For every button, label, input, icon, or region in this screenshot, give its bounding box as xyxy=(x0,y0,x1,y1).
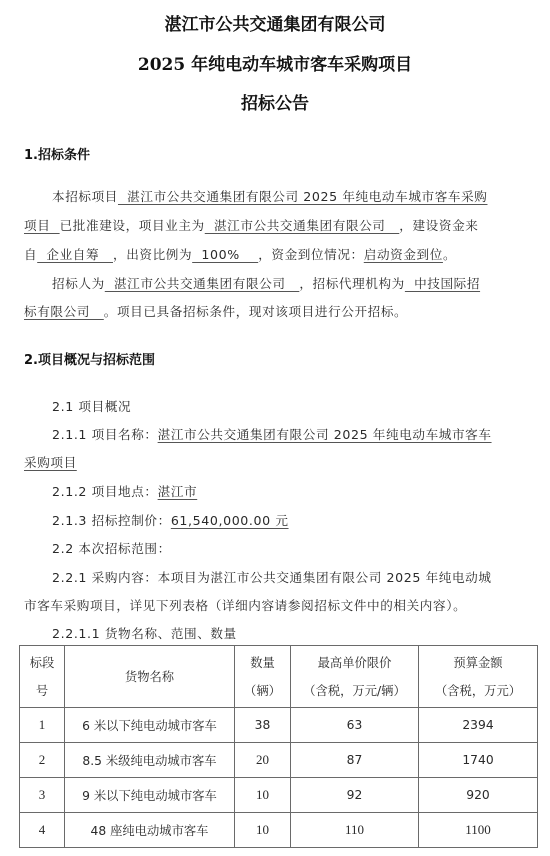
cell-lot: 3 xyxy=(20,778,65,813)
s2-1-1-line2: 采购项目 xyxy=(24,452,77,471)
cell-goods-name: 6 米以下纯电动城市客车 xyxy=(65,708,235,743)
control-price-value: 61,540,000.00 元 xyxy=(171,513,289,528)
text: 本招标项目 xyxy=(52,189,118,204)
cell-unit-price: 63 xyxy=(291,708,419,743)
s2-1-1-line1: 2.1.1 项目名称：湛江市公共交通集团有限公司 2025 年纯电动车城市客车 xyxy=(52,424,492,443)
text: 。 xyxy=(443,247,456,262)
project-name-value-cont: 项目 xyxy=(24,218,60,233)
text: ，建设资金来 xyxy=(399,218,478,233)
header-lot: 标段号 xyxy=(20,646,65,708)
owner-value: 湛江市公共交通集团有限公司 xyxy=(205,218,400,233)
fund-status-value: 启动资金到位 xyxy=(364,247,443,262)
label: 2.1.3 招标控制价： xyxy=(52,513,171,528)
cell-lot: 4 xyxy=(20,813,65,848)
cell-budget: 1100 xyxy=(419,813,538,848)
s2-2-1-line2: 市客车采购项目，详见下列表格（详细内容请参阅招标文件中的相关内容）。 xyxy=(24,595,466,614)
text: 已批准建设，项目业主为 xyxy=(60,218,205,233)
label: 2.1.1 项目名称： xyxy=(52,427,158,442)
company-title: 湛江市公共交通集团有限公司 xyxy=(0,10,550,35)
cell-unit-price: 110 xyxy=(291,813,419,848)
para2-line2: 标有限公司 。项目已具备招标条件，现对该项目进行公开招标。 xyxy=(24,301,407,320)
para2-line1: 招标人为 湛江市公共交通集团有限公司 ，招标代理机构为 中技国际招 xyxy=(52,273,480,292)
text: ，出资比例为 xyxy=(113,247,192,262)
text: 招标人为 xyxy=(52,276,105,291)
table-row: 2 8.5 米级纯电动城市客车 20 87 1740 xyxy=(20,743,538,778)
table-header-row: 标段号 货物名称 数量（辆） 最高单价限价（含税，万元/辆） 预算金额（含税，万… xyxy=(20,646,538,708)
table-row: 3 9 米以下纯电动城市客车 10 92 920 xyxy=(20,778,538,813)
cell-lot: 1 xyxy=(20,708,65,743)
cell-lot: 2 xyxy=(20,743,65,778)
cell-goods-name: 8.5 米级纯电动城市客车 xyxy=(65,743,235,778)
agency-value: 中技国际招 xyxy=(405,276,480,291)
fund-source-value: 企业自筹 xyxy=(37,247,113,262)
header-max-unit-price: 最高单价限价（含税，万元/辆） xyxy=(291,646,419,708)
s2-2-1-line1: 2.2.1 采购内容：本项目为湛江市公共交通集团有限公司 2025 年纯电动城 xyxy=(52,567,492,586)
table-row: 4 48 座纯电动城市客车 10 110 1100 xyxy=(20,813,538,848)
text: 自 xyxy=(24,247,37,262)
s2-1-2: 2.1.2 项目地点：湛江市 xyxy=(52,481,197,500)
cell-quantity: 38 xyxy=(235,708,291,743)
project-name-value: 湛江市公共交通集团有限公司 2025 年纯电动车城市客车采购 xyxy=(118,189,488,204)
cell-unit-price: 87 xyxy=(291,743,419,778)
s2-2-1-1-heading: 2.2.1.1 货物名称、范围、数量 xyxy=(52,623,237,642)
s2-2-heading: 2.2 本次招标范围： xyxy=(52,538,171,557)
header-goods-name: 货物名称 xyxy=(65,646,235,708)
project-title: 2025 年纯电动车城市客车采购项目 xyxy=(0,50,550,75)
cell-quantity: 10 xyxy=(235,778,291,813)
tenderer-value: 湛江市公共交通集团有限公司 xyxy=(105,276,300,291)
project-name-value: 湛江市公共交通集团有限公司 2025 年纯电动车城市客车 xyxy=(158,427,492,442)
cell-quantity: 10 xyxy=(235,813,291,848)
text: ，招标代理机构为 xyxy=(299,276,405,291)
s2-1-3: 2.1.3 招标控制价：61,540,000.00 元 xyxy=(52,510,289,529)
para1-line1: 本招标项目 湛江市公共交通集团有限公司 2025 年纯电动车城市客车采购 xyxy=(52,186,487,205)
section-2-heading: 2.项目概况与招标范围 xyxy=(24,349,155,368)
document-type-title: 招标公告 xyxy=(0,89,550,114)
para1-line2: 项目 已批准建设，项目业主为 湛江市公共交通集团有限公司 ，建设资金来 xyxy=(24,215,478,234)
goods-table: 标段号 货物名称 数量（辆） 最高单价限价（含税，万元/辆） 预算金额（含税，万… xyxy=(19,645,538,848)
ratio-value: 100% xyxy=(192,247,258,262)
cell-quantity: 20 xyxy=(235,743,291,778)
header-budget: 预算金额（含税，万元） xyxy=(419,646,538,708)
s2-1-heading: 2.1 项目概况 xyxy=(52,396,131,415)
cell-budget: 920 xyxy=(419,778,538,813)
cell-unit-price: 92 xyxy=(291,778,419,813)
project-name-value-cont: 采购项目 xyxy=(24,455,77,470)
cell-goods-name: 48 座纯电动城市客车 xyxy=(65,813,235,848)
label: 2.1.2 项目地点： xyxy=(52,484,158,499)
text: 。项目已具备招标条件，现对该项目进行公开招标。 xyxy=(104,304,407,319)
para1-line3: 自 企业自筹 ，出资比例为 100% ，资金到位情况：启动资金到位。 xyxy=(24,244,456,263)
header-quantity: 数量（辆） xyxy=(235,646,291,708)
text: ，资金到位情况： xyxy=(258,247,364,262)
agency-value-cont: 标有限公司 xyxy=(24,304,104,319)
cell-budget: 1740 xyxy=(419,743,538,778)
location-value: 湛江市 xyxy=(158,484,198,499)
section-1-heading: 1.招标条件 xyxy=(24,144,90,163)
cell-goods-name: 9 米以下纯电动城市客车 xyxy=(65,778,235,813)
table-row: 1 6 米以下纯电动城市客车 38 63 2394 xyxy=(20,708,538,743)
cell-budget: 2394 xyxy=(419,708,538,743)
